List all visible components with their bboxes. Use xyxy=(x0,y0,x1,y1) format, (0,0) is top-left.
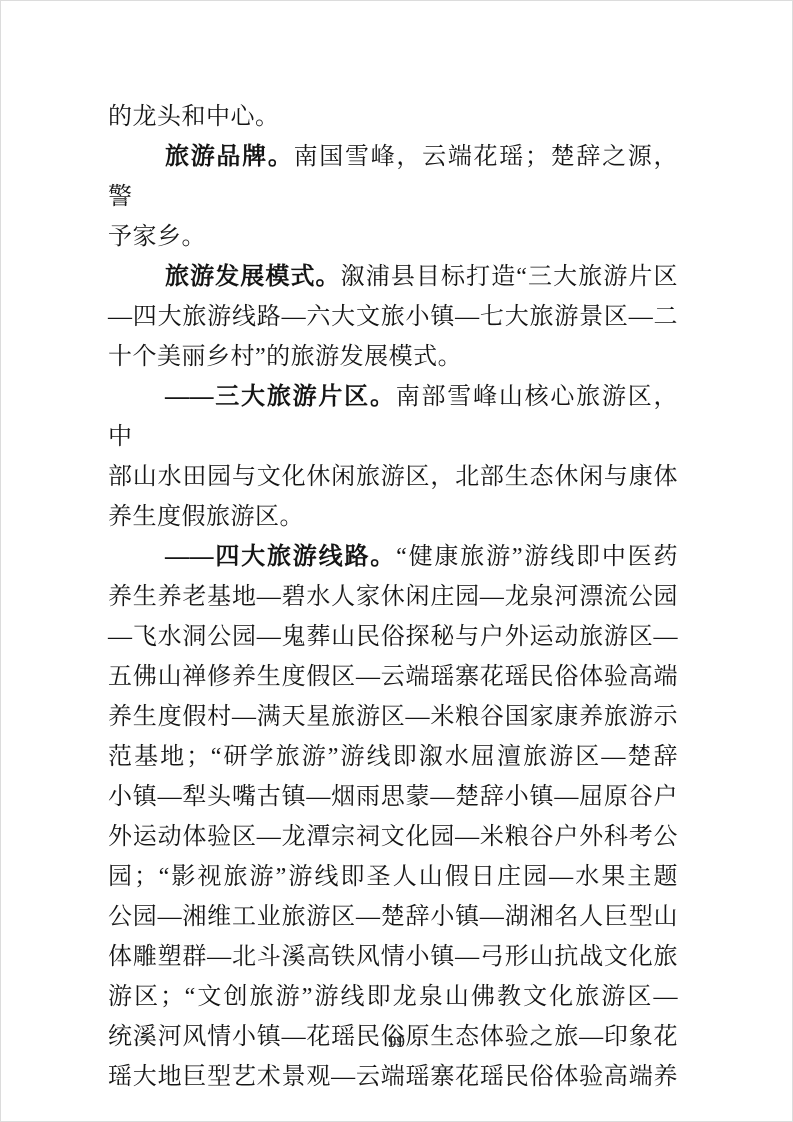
bold-run: 旅游发展模式。 xyxy=(165,264,341,290)
text-run: 溆浦县目标打造“三大旅游片区 xyxy=(341,264,678,290)
text-line: 的龙头和中心。 xyxy=(108,97,678,137)
text-run: 园；“影视旅游”游线即圣人山假日庄园—水果主题 xyxy=(108,864,678,890)
text-run: “健康旅游”游线即中医药 xyxy=(396,544,678,570)
bold-run: 旅游品牌。 xyxy=(165,144,294,170)
text-run: 养生度假村—满天星旅游区—米粮谷国家康养旅游示 xyxy=(108,704,678,730)
page-number: 99 xyxy=(0,1030,793,1054)
text-line: —飞水洞公园—鬼葬山民俗探秘与户外运动旅游区— xyxy=(108,617,678,657)
text-line: 养生度假村—满天星旅游区—米粮谷国家康养旅游示 xyxy=(108,697,678,737)
text-line: 体雕塑群—北斗溪高铁风情小镇—弓形山抗战文化旅 xyxy=(108,937,678,977)
bold-run: ——四大旅游线路。 xyxy=(165,544,396,570)
text-run: 予家乡。 xyxy=(108,224,206,250)
text-run: 游区；“文创旅游”游线即龙泉山佛教文化旅游区— xyxy=(108,984,678,1010)
text-run: 十个美丽乡村”的旅游发展模式。 xyxy=(108,344,462,370)
text-line: ——三大旅游片区。南部雪峰山核心旅游区，中 xyxy=(108,377,678,457)
text-line: 公园—湘维工业旅游区—楚辞小镇—湖湘名人巨型山 xyxy=(108,897,678,937)
text-run: —飞水洞公园—鬼葬山民俗探秘与户外运动旅游区— xyxy=(108,624,678,650)
text-run: 外运动体验区—龙潭宗祠文化园—米粮谷户外科考公 xyxy=(108,824,678,850)
text-run: 瑶大地巨型艺术景观—云端瑶寨花瑶民俗体验高端养 xyxy=(108,1064,678,1090)
text-run: —四大旅游线路—六大文旅小镇—七大旅游景区—二 xyxy=(108,304,678,330)
text-line: 十个美丽乡村”的旅游发展模式。 xyxy=(108,337,678,377)
text-line: 养生度假旅游区。 xyxy=(108,497,678,537)
text-run: 体雕塑群—北斗溪高铁风情小镇—弓形山抗战文化旅 xyxy=(108,944,678,970)
text-line: 养生养老基地—碧水人家休闲庄园—龙泉河漂流公园 xyxy=(108,577,678,617)
text-line: 外运动体验区—龙潭宗祠文化园—米粮谷户外科考公 xyxy=(108,817,678,857)
text-run: 养生度假旅游区。 xyxy=(108,504,304,530)
text-line: 瑶大地巨型艺术景观—云端瑶寨花瑶民俗体验高端养 xyxy=(108,1057,678,1097)
text-run: 养生养老基地—碧水人家休闲庄园—龙泉河漂流公园 xyxy=(108,584,678,610)
text-line: 旅游品牌。南国雪峰，云端花瑶；楚辞之源，警 xyxy=(108,137,678,217)
text-line: 旅游发展模式。溆浦县目标打造“三大旅游片区 xyxy=(108,257,678,297)
document-page: 的龙头和中心。 旅游品牌。南国雪峰，云端花瑶；楚辞之源，警 予家乡。 旅游发展模… xyxy=(0,0,793,1122)
text-line: 予家乡。 xyxy=(108,217,678,257)
text-run: 的龙头和中心。 xyxy=(108,104,280,130)
text-run: 五佛山禅修养生度假区—云端瑶寨花瑶民俗体验高端 xyxy=(108,664,678,690)
bold-run: ——三大旅游片区。 xyxy=(165,384,396,410)
text-line: 园；“影视旅游”游线即圣人山假日庄园—水果主题 xyxy=(108,857,678,897)
body-text: 的龙头和中心。 旅游品牌。南国雪峰，云端花瑶；楚辞之源，警 予家乡。 旅游发展模… xyxy=(108,97,678,1097)
text-run: 范基地；“研学旅游”游线即溆水屈澶旅游区—楚辞 xyxy=(108,744,678,770)
text-line: 范基地；“研学旅游”游线即溆水屈澶旅游区—楚辞 xyxy=(108,737,678,777)
text-run: 部山水田园与文化休闲旅游区，北部生态休闲与康体 xyxy=(108,464,678,490)
text-run: 小镇—犁头嘴古镇—烟雨思蒙—楚辞小镇—屈原谷户 xyxy=(108,784,678,810)
text-line: 五佛山禅修养生度假区—云端瑶寨花瑶民俗体验高端 xyxy=(108,657,678,697)
text-line: 小镇—犁头嘴古镇—烟雨思蒙—楚辞小镇—屈原谷户 xyxy=(108,777,678,817)
text-run: 公园—湘维工业旅游区—楚辞小镇—湖湘名人巨型山 xyxy=(108,904,678,930)
text-line: ——四大旅游线路。“健康旅游”游线即中医药 xyxy=(108,537,678,577)
text-line: 部山水田园与文化休闲旅游区，北部生态休闲与康体 xyxy=(108,457,678,497)
text-line: 游区；“文创旅游”游线即龙泉山佛教文化旅游区— xyxy=(108,977,678,1017)
text-line: —四大旅游线路—六大文旅小镇—七大旅游景区—二 xyxy=(108,297,678,337)
